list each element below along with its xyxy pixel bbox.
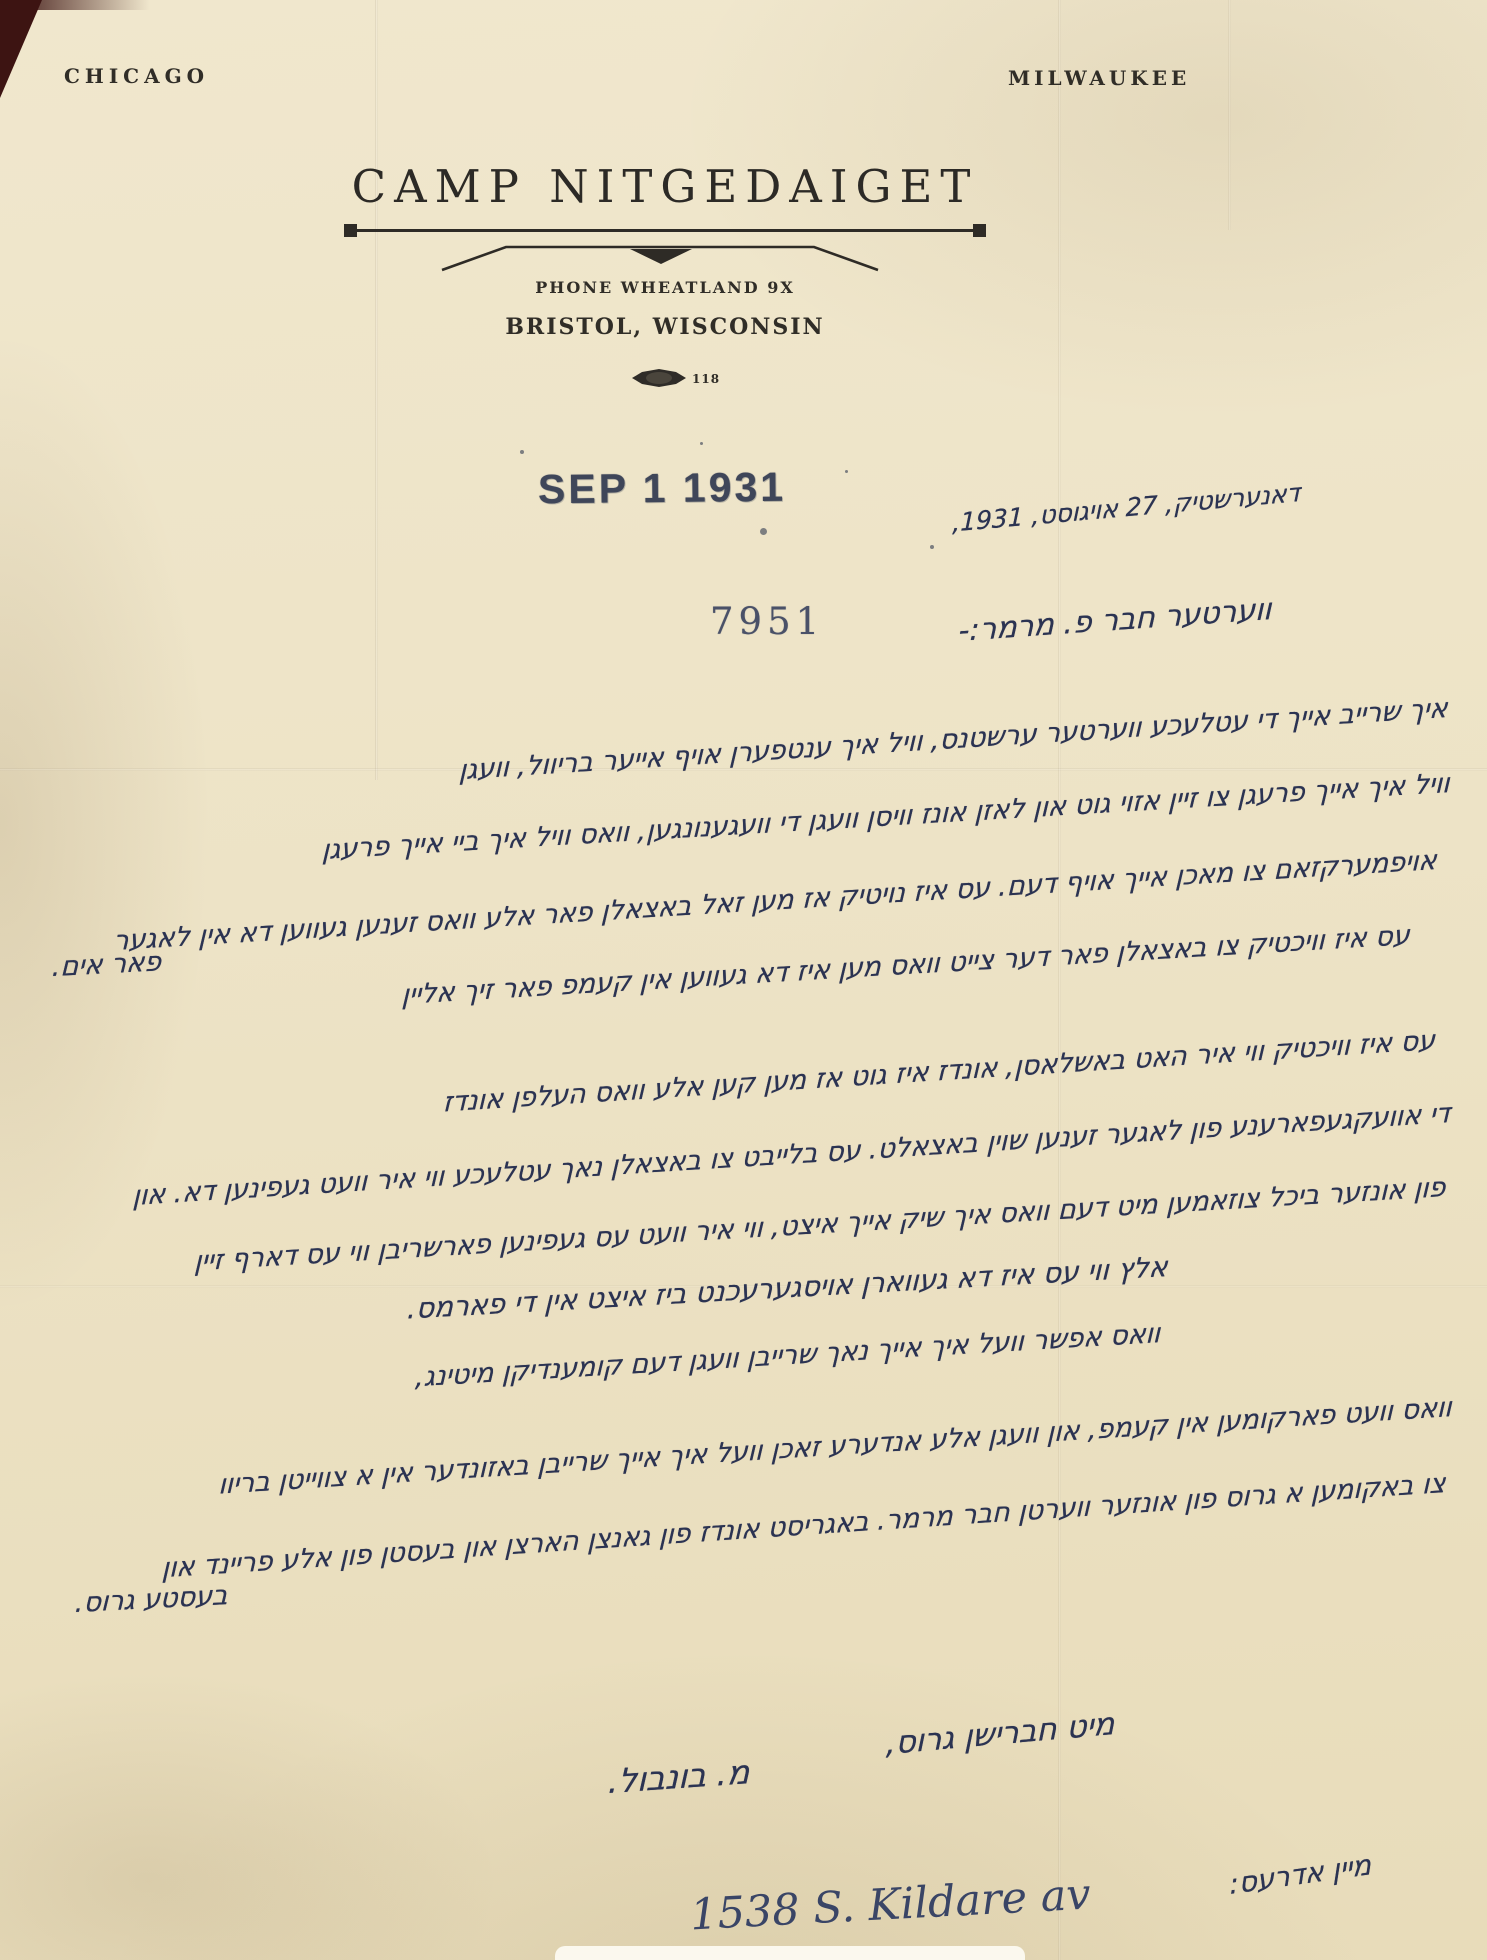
bracket-ornament: [430, 240, 890, 274]
corner-shadow: [0, 0, 42, 98]
body-line: איך שרייב אייך די עטלעכע ווערטער ערשטנס,…: [459, 693, 1449, 786]
body-line: עס איז וויכטיק צו באצאלן פאר דער צייט וו…: [401, 920, 1410, 1011]
title-rule-square-right: [973, 224, 986, 237]
fold-line-right: [1058, 0, 1061, 1960]
body-line: אלץ ווי עס איז דא געווארן אויסגערעכנט בי…: [406, 1250, 1168, 1326]
fold-line-middle: [0, 768, 1487, 771]
date-stamp: SEP 1 1931: [538, 464, 787, 514]
ink-speck: [520, 450, 524, 454]
title-rule-square-left: [344, 224, 357, 237]
ink-speck: [760, 528, 767, 535]
signature: מ. בונבול.: [607, 1752, 750, 1801]
ink-speck: [845, 470, 848, 473]
letterhead-city-left: CHICAGO: [64, 64, 209, 88]
letterhead-city-right: MILWAUKEE: [1008, 66, 1190, 90]
body-line: עס איז וויכטיק ווי איר האט באשלאסן, אונד…: [442, 1025, 1435, 1119]
handwritten-date-line: דאנערשטיק, 27 אויגוסט, 1931,: [952, 478, 1300, 538]
fold-line-left: [375, 0, 378, 780]
letter-page: CHICAGO MILWAUKEE CAMP NITGEDAIGET PHONE…: [0, 0, 1487, 1960]
ink-speck: [930, 545, 934, 549]
wrinkle-top-right: [1228, 0, 1231, 230]
top-edge-shadow: [0, 0, 150, 10]
union-label-icon: [630, 368, 688, 388]
body-line: בעסטע גרוס.: [74, 1580, 228, 1619]
ink-speck: [700, 442, 703, 445]
letterhead-phone: PHONE WHEATLAND 9X: [465, 278, 865, 297]
union-label-number: 118: [692, 372, 720, 386]
salutation: ווערטער חבר פ. מרמר:-: [959, 592, 1273, 649]
address-label: מיין אדרעס:: [1229, 1848, 1372, 1901]
letterhead-location: BRISTOL, WISCONSIN: [440, 314, 890, 340]
closing: מיט חברישן גרוס,: [886, 1706, 1115, 1762]
address: 1538 S. Kildare av: [689, 1870, 1092, 1941]
body-line: וואס אפשר וועל איך אייך נאך שרייבן וועגן…: [414, 1318, 1160, 1393]
letterhead-title: CAMP NITGEDAIGET: [330, 160, 1000, 213]
title-rule: [355, 229, 975, 232]
body-line: פאר אים.: [51, 946, 162, 983]
bottom-tear: [555, 1946, 1025, 1960]
file-number-stamp: 7951: [710, 600, 824, 643]
